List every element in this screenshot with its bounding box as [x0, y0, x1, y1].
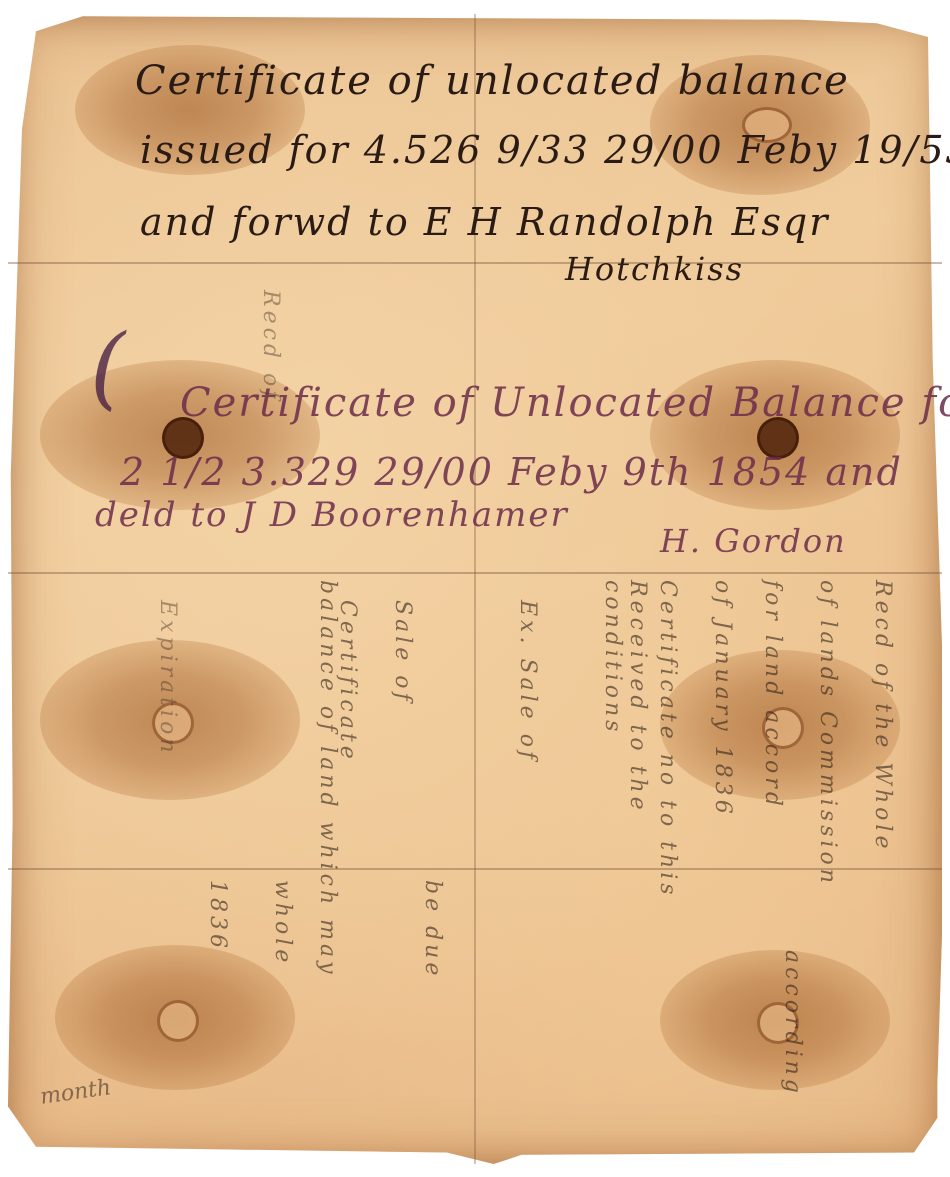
vertical-note: according [780, 950, 805, 1100]
purple-entry-line-2: 2 1/2 3.329 29/00 Feby 9th 1854 and [120, 450, 903, 494]
stain-bottom-left [55, 945, 295, 1090]
top-entry-line-2: issued for 4.526 9/33 29/00 Feby 19/53 [140, 128, 950, 172]
vertical-note: for land accord [760, 580, 785, 980]
top-entry-signature: Hotchkiss [565, 250, 744, 288]
fold-line-1 [8, 262, 942, 264]
vertical-note: Recd of the Whole [870, 580, 895, 980]
vertical-note: of January 1836 [710, 580, 735, 1030]
purple-bracket: ( [90, 315, 125, 420]
purple-entry-line-3: deld to J D Boorenhamer [95, 495, 569, 535]
fold-line-3 [8, 868, 942, 870]
purple-entry-line-1: Certificate of Unlocated Balance for [180, 380, 950, 426]
vertical-note: Received to the conditions [600, 580, 650, 980]
vertical-fold-line [474, 14, 476, 1164]
vertical-note: of lands Commission [815, 580, 840, 1030]
vertical-note: be due [420, 880, 445, 1030]
vertical-note: Certificate no to this [655, 580, 680, 980]
vertical-note: whole [270, 880, 295, 1080]
purple-entry-signature: H. Gordon [660, 522, 847, 560]
vertical-note: Ex. Sale of [515, 600, 540, 850]
top-entry-line-3: and forwd to E H Randolph Esqr [140, 200, 829, 244]
fold-line-2 [8, 572, 942, 574]
vertical-note: balance of land which may [315, 580, 340, 1140]
vertical-note: Sale of [390, 600, 415, 850]
top-entry-line-1: Certificate of unlocated balance [135, 58, 850, 104]
vertical-note: 1836 [205, 880, 230, 1030]
vertical-note: Expiration [155, 600, 180, 850]
